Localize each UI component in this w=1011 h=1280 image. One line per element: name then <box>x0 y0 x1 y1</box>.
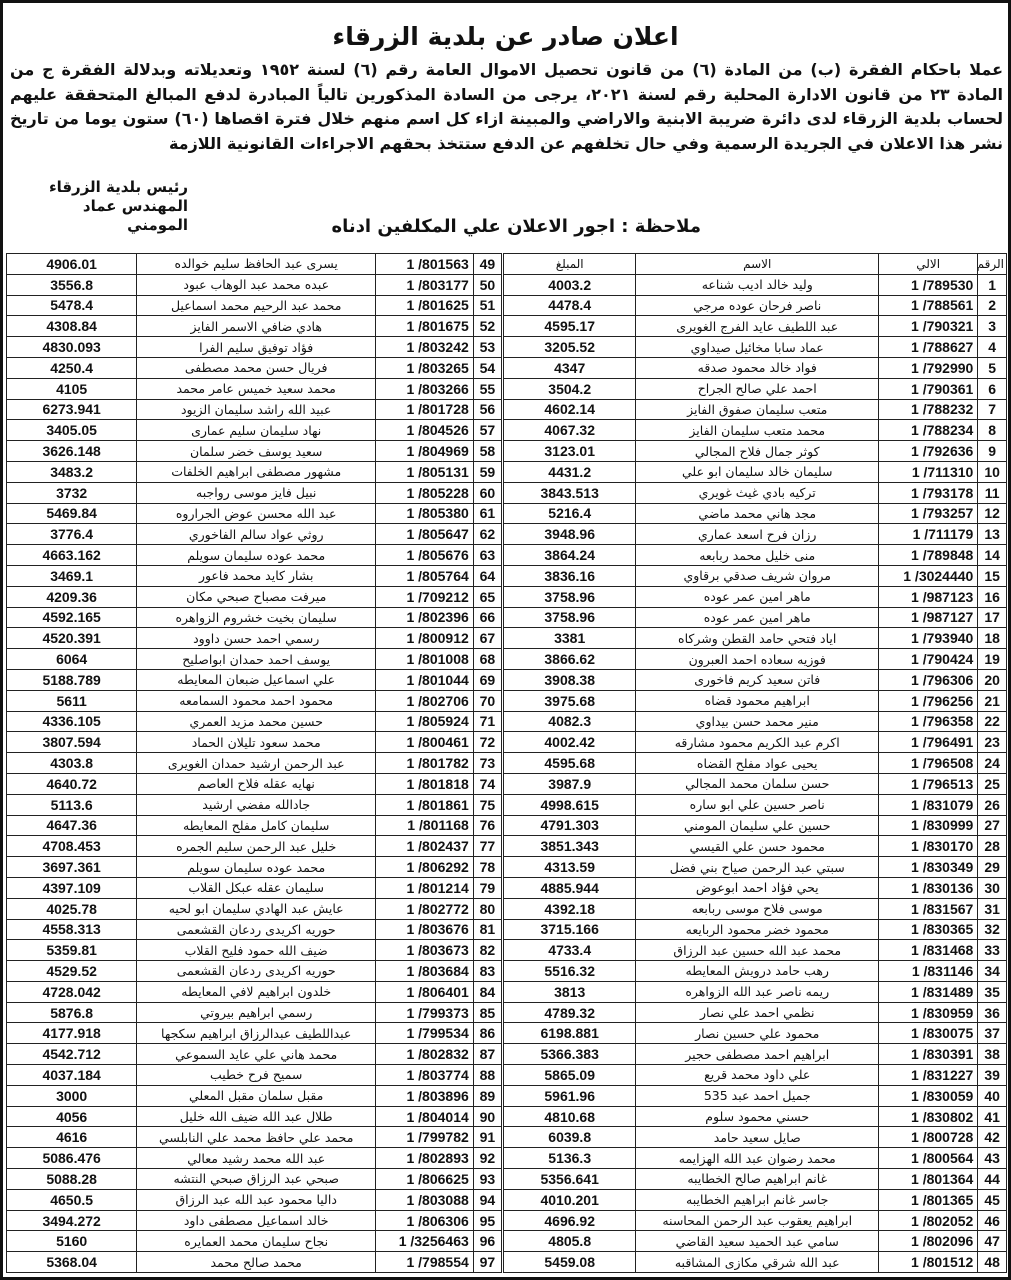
row-number: 26 <box>978 794 1007 815</box>
account-number: 1 /831567 <box>879 898 978 919</box>
table-row: 841 /806401خلدون ابراهيم لافي المعايطه47… <box>7 981 502 1002</box>
amount: 4056 <box>7 1106 137 1127</box>
account-number: 1 /830391 <box>879 1044 978 1065</box>
amount: 4250.4 <box>7 357 137 378</box>
row-number: 40 <box>978 1085 1007 1106</box>
row-number: 97 <box>473 1252 501 1273</box>
taxpayer-name: محمد سعود تليلان الحماد <box>137 732 376 753</box>
row-number: 46 <box>978 1210 1007 1231</box>
row-number: 36 <box>978 1002 1007 1023</box>
account-number: 1 /793940 <box>879 628 978 649</box>
amount: 4647.36 <box>7 815 137 836</box>
header-num: الرقم <box>978 254 1007 275</box>
account-number: 1 /789530 <box>879 274 978 295</box>
row-number: 81 <box>473 919 501 940</box>
amount: 3758.96 <box>504 586 636 607</box>
account-number: 1 /802052 <box>879 1210 978 1231</box>
header-account: الالي <box>879 254 978 275</box>
row-number: 34 <box>978 961 1007 982</box>
taxpayer-name: وليد خالد اديب شناعه <box>636 274 879 295</box>
amount: 4025.78 <box>7 898 137 919</box>
row-number: 93 <box>473 1169 501 1190</box>
account-number: 1 /790321 <box>879 316 978 337</box>
taxpayer-name: متعب سليمان صفوق الفايز <box>636 399 879 420</box>
table-row: 191 /790424فوزيه سعاده احمد العبرون3866.… <box>504 649 1007 670</box>
row-number: 68 <box>473 649 501 670</box>
row-number: 15 <box>978 565 1007 586</box>
amount: 4003.2 <box>504 274 636 295</box>
table-row: 151 /3024440مروان شريف صدقي برقاوي3836.1… <box>504 565 1007 586</box>
amount: 5469.84 <box>7 503 137 524</box>
taxpayer-name: ابراهيم يعقوب عبد الرحمن المحاسنه <box>636 1210 879 1231</box>
taxpayer-name: محمد عبد الرحيم محمد اسماعيل <box>137 295 376 316</box>
page-title: اعلان صادر عن بلدية الزرقاء <box>0 22 1011 51</box>
amount: 5961.96 <box>504 1085 636 1106</box>
table-row: 731 /801782عبد الرحمن ارشيد حمدان الغوير… <box>7 753 502 774</box>
table-row: 661 /802396سليمان بخيت خشروم الزواهره459… <box>7 607 502 628</box>
amount: 6039.8 <box>504 1127 636 1148</box>
row-number: 1 <box>978 274 1007 295</box>
row-number: 9 <box>978 441 1007 462</box>
amount: 4303.8 <box>7 753 137 774</box>
amount: 4002.42 <box>504 732 636 753</box>
table-row: 401 /830059جميل احمد عبد 5355961.96 <box>504 1085 1007 1106</box>
amount: 3807.594 <box>7 732 137 753</box>
taxpayer-name: عبد الله محسن عوض الجراروه <box>137 503 376 524</box>
table-row: 941 /803088داليا محمود عبد الله عبد الرز… <box>7 1189 502 1210</box>
account-number: 1 /830959 <box>879 1002 978 1023</box>
amount: 4650.5 <box>7 1189 137 1210</box>
account-number: 1 /789848 <box>879 545 978 566</box>
row-number: 14 <box>978 545 1007 566</box>
account-number: 1 /801818 <box>376 773 474 794</box>
taxpayer-name: اكرم عبد الكريم محمود مشارقه <box>636 732 879 753</box>
account-number: 1 /801365 <box>879 1189 978 1210</box>
account-number: 1 /805380 <box>376 503 474 524</box>
account-number: 1 /803266 <box>376 378 474 399</box>
taxpayer-name: غانم ابراهيم صالح الخطايبه <box>636 1169 879 1190</box>
row-number: 19 <box>978 649 1007 670</box>
account-number: 1 /830349 <box>879 857 978 878</box>
taxpayer-name: عبيد الله راشد سليمان الزيود <box>137 399 376 420</box>
taxpayer-name: روثي عواد سالم الفاخوري <box>137 524 376 545</box>
account-number: 1 /796358 <box>879 711 978 732</box>
account-number: 1 /806292 <box>376 857 474 878</box>
taxpayer-name: محمود خضر محمود الربايعه <box>636 919 879 940</box>
account-number: 1 /796306 <box>879 669 978 690</box>
table-row: 221 /796358منير محمد حسن بيداوي4082.3 <box>504 711 1007 732</box>
account-number: 1 /805647 <box>376 524 474 545</box>
amount: 3556.8 <box>7 274 137 295</box>
table-row: 461 /802052ابراهيم يعقوب عبد الرحمن المح… <box>504 1210 1007 1231</box>
account-number: 1 /802096 <box>879 1231 978 1252</box>
amount: 4789.32 <box>504 1002 636 1023</box>
row-number: 10 <box>978 461 1007 482</box>
row-number: 29 <box>978 857 1007 878</box>
taxpayer-name: يوسف احمد حمدان ابواصليح <box>137 649 376 670</box>
taxpayer-name: محمد عبد الله حسين عبد الرزاق <box>636 940 879 961</box>
table-row: 911 /799782محمد علي حافظ محمد علي النابل… <box>7 1127 502 1148</box>
row-number: 22 <box>978 711 1007 732</box>
taxpayer-name: حسين علي سليمان المومني <box>636 815 879 836</box>
amount: 4998.615 <box>504 794 636 815</box>
account-number: 1 /796256 <box>879 690 978 711</box>
row-number: 79 <box>473 877 501 898</box>
account-number: 1 /803896 <box>376 1085 474 1106</box>
row-number: 94 <box>473 1189 501 1210</box>
amount: 5611 <box>7 690 137 711</box>
account-number: 1 /792636 <box>879 441 978 462</box>
amount: 3469.1 <box>7 565 137 586</box>
table-row: 521 /801675هادي ضافي الاسمر الفايز4308.8… <box>7 316 502 337</box>
table-row: 551 /803266محمد سعيد خميس عامر محمد4105 <box>7 378 502 399</box>
table-row: 611 /805380عبد الله محسن عوض الجراروه546… <box>7 503 502 524</box>
amount: 3732 <box>7 482 137 503</box>
amount: 4805.8 <box>504 1231 636 1252</box>
row-number: 85 <box>473 1002 501 1023</box>
row-number: 86 <box>473 1023 501 1044</box>
table-header-row: الرقم الالي الاسم المبلغ <box>504 254 1007 275</box>
amount: 5516.32 <box>504 961 636 982</box>
taxpayer-name: ناصر حسين علي ابو ساره <box>636 794 879 815</box>
amount: 6273.941 <box>7 399 137 420</box>
account-number: 1 /803088 <box>376 1189 474 1210</box>
table-row: 491 /801563يسرى عبد الحافظ سليم خوالده49… <box>7 254 502 275</box>
amount: 4520.391 <box>7 628 137 649</box>
taxpayer-name: ماهر امين عمر عوده <box>636 607 879 628</box>
amount: 5088.28 <box>7 1169 137 1190</box>
table-row: 761 /801168سليمان كامل مفلح المعايطه4647… <box>7 815 502 836</box>
row-number: 70 <box>473 690 501 711</box>
account-number: 1 /788561 <box>879 295 978 316</box>
taxpayer-name: ماهر امين عمر عوده <box>636 586 879 607</box>
account-number: 1 /806306 <box>376 1210 474 1231</box>
amount: 5865.09 <box>504 1065 636 1086</box>
amount: 4542.712 <box>7 1044 137 1065</box>
taxpayer-name: محمد متعب سليمان الفايز <box>636 420 879 441</box>
row-number: 38 <box>978 1044 1007 1065</box>
taxpayer-name: سليمان بخيت خشروم الزواهره <box>137 607 376 628</box>
row-number: 2 <box>978 295 1007 316</box>
table-row: 651 /709212ميرفت مصباح صبحي مكان4209.36 <box>7 586 502 607</box>
note: ملاحظة : اجور الاعلان علي المكلفين ادناه <box>332 216 701 237</box>
amount: 5086.476 <box>7 1148 137 1169</box>
account-number: 1 /788234 <box>879 420 978 441</box>
row-number: 27 <box>978 815 1007 836</box>
row-number: 44 <box>978 1169 1007 1190</box>
row-number: 12 <box>978 503 1007 524</box>
row-number: 76 <box>473 815 501 836</box>
taxpayer-name: عماد سابا مخائيل صيداوي <box>636 337 879 358</box>
taxpayer-name: ميرفت مصباح صبحي مكان <box>137 586 376 607</box>
table-row: 141 /789848منى خليل محمد ربابعه3864.24 <box>504 545 1007 566</box>
row-number: 4 <box>978 337 1007 358</box>
row-number: 88 <box>473 1065 501 1086</box>
account-number: 1 /790361 <box>879 378 978 399</box>
account-number: 1 /796508 <box>879 753 978 774</box>
row-number: 17 <box>978 607 1007 628</box>
table-row: 161 /987123ماهر امين عمر عوده3758.96 <box>504 586 1007 607</box>
table-row: 331 /831468محمد عبد الله حسين عبد الرزاق… <box>504 940 1007 961</box>
amount: 5160 <box>7 1231 137 1252</box>
amount: 4392.18 <box>504 898 636 919</box>
table-row: 91 /792636كوثر جمال فلاح المجالي3123.01 <box>504 441 1007 462</box>
taxpayer-name: نبيل فايز موسى رواجبه <box>137 482 376 503</box>
amount: 5188.789 <box>7 669 137 690</box>
amount: 3866.62 <box>504 649 636 670</box>
taxpayer-name: ريمه ناصر عبد الله الزواهره <box>636 981 879 1002</box>
table-row: 81 /788234محمد متعب سليمان الفايز4067.32 <box>504 420 1007 441</box>
account-number: 1 /804969 <box>376 441 474 462</box>
amount: 3000 <box>7 1085 137 1106</box>
amount: 4696.92 <box>504 1210 636 1231</box>
table-row: 561 /801728عبيد الله راشد سليمان الزيود6… <box>7 399 502 420</box>
row-number: 78 <box>473 857 501 878</box>
table-row: 451 /801365جاسر غانم ابراهيم الخطايبه401… <box>504 1189 1007 1210</box>
amount: 4733.4 <box>504 940 636 961</box>
row-number: 21 <box>978 690 1007 711</box>
table-row: 321 /830365محمود خضر محمود الربايعه3715.… <box>504 919 1007 940</box>
table-row: 931 /806625صبحي عبد الرزاق صبحي النتشه50… <box>7 1169 502 1190</box>
taxpayer-name: محمود حسن علي القيسي <box>636 836 879 857</box>
row-number: 91 <box>473 1127 501 1148</box>
amount: 3813 <box>504 981 636 1002</box>
account-number: 1 /805228 <box>376 482 474 503</box>
amount: 3975.68 <box>504 690 636 711</box>
row-number: 48 <box>978 1252 1007 1273</box>
row-number: 66 <box>473 607 501 628</box>
amount: 3494.272 <box>7 1210 137 1231</box>
table-row: 531 /803242فؤاد توفيق سليم الفرا4830.093 <box>7 337 502 358</box>
table-row: 51 /792990فواد خالد محمود صدقه4347 <box>504 357 1007 378</box>
row-number: 87 <box>473 1044 501 1065</box>
amount: 4791.303 <box>504 815 636 836</box>
table-row: 711 /805924حسين محمد مزيد العمري4336.105 <box>7 711 502 732</box>
account-number: 1 /805924 <box>376 711 474 732</box>
taxpayer-name: طلال عبد الله ضيف الله خليل <box>137 1106 376 1127</box>
account-number: 1 /801861 <box>376 794 474 815</box>
taxpayer-name: مجد هاني محمد ماضي <box>636 503 879 524</box>
row-number: 73 <box>473 753 501 774</box>
taxpayer-name: منى خليل محمد ربابعه <box>636 545 879 566</box>
table-row: 431 /800564محمد رضوان عبد الله الهزايمه5… <box>504 1148 1007 1169</box>
table-row: 511 /801625محمد عبد الرحيم محمد اسماعيل5… <box>7 295 502 316</box>
row-number: 75 <box>473 794 501 815</box>
row-number: 11 <box>978 482 1007 503</box>
row-number: 23 <box>978 732 1007 753</box>
table-row: 101 /711310سليمان خالد سليمان ابو علي443… <box>504 461 1007 482</box>
amount: 5359.81 <box>7 940 137 961</box>
table-row: 901 /804014طلال عبد الله ضيف الله خليل40… <box>7 1106 502 1127</box>
account-number: 1 /803177 <box>376 274 474 295</box>
row-number: 13 <box>978 524 1007 545</box>
taxpayer-name: حسين محمد مزيد العمري <box>137 711 376 732</box>
taxpayer-name: جادالله مفضي ارشيد <box>137 794 376 815</box>
taxpayer-name: نظمي احمد علي نصار <box>636 1002 879 1023</box>
taxpayer-name: يحي فؤاد احمد ابوعوض <box>636 877 879 898</box>
amount: 4640.72 <box>7 773 137 794</box>
table-row: 211 /796256ابراهيم محمود قضاه3975.68 <box>504 690 1007 711</box>
table-row: 891 /803896مقبل سلمان مقبل المعلي3000 <box>7 1085 502 1106</box>
amount: 4037.184 <box>7 1065 137 1086</box>
amount: 3697.361 <box>7 857 137 878</box>
taxpayer-name: ابراهيم احمد مصطفى حجير <box>636 1044 879 1065</box>
table-row: 21 /788561ناصر فرحان عوده مرجي4478.4 <box>504 295 1007 316</box>
account-number: 1 /800912 <box>376 628 474 649</box>
account-number: 1 /801728 <box>376 399 474 420</box>
taxpayer-name: ضيف الله حمود فليح القلاب <box>137 940 376 961</box>
account-number: 1 /3024440 <box>879 565 978 586</box>
row-number: 42 <box>978 1127 1007 1148</box>
table-row: 361 /830959نظمي احمد علي نصار4789.32 <box>504 1002 1007 1023</box>
taxpayer-name: فؤاد توفيق سليم الفرا <box>137 337 376 358</box>
account-number: 1 /3256463 <box>376 1231 474 1252</box>
table-row: 241 /796508يحيى عواد مفلح القضاه4595.68 <box>504 753 1007 774</box>
row-number: 90 <box>473 1106 501 1127</box>
table-row: 291 /830349سبتي عبد الرحمن صياح بني فضل4… <box>504 857 1007 878</box>
taxpayer-name: عايش عبد الهادي سليمان ابو لحيه <box>137 898 376 919</box>
table-row: 41 /788627عماد سابا مخائيل صيداوي3205.52 <box>504 337 1007 358</box>
taxpayer-name: محمد عوده سليمان سويلم <box>137 545 376 566</box>
taxpayer-name: رهب حامد درويش المعايطه <box>636 961 879 982</box>
amount: 4209.36 <box>7 586 137 607</box>
table-row: 441 /801364غانم ابراهيم صالح الخطايبه535… <box>504 1169 1007 1190</box>
account-number: 1 /802893 <box>376 1148 474 1169</box>
table-row: 11 /789530وليد خالد اديب شناعه4003.2 <box>504 274 1007 295</box>
account-number: 1 /802396 <box>376 607 474 628</box>
taxpayer-name: نجاح سليمان محمد العمايره <box>137 1231 376 1252</box>
row-number: 63 <box>473 545 501 566</box>
amount: 5366.383 <box>504 1044 636 1065</box>
taxpayer-name: سبتي عبد الرحمن صياح بني فضل <box>636 857 879 878</box>
row-number: 51 <box>473 295 501 316</box>
amount: 4885.944 <box>504 877 636 898</box>
table-row: 271 /830999حسين علي سليمان المومني4791.3… <box>504 815 1007 836</box>
amount: 6198.881 <box>504 1023 636 1044</box>
amount: 3851.343 <box>504 836 636 857</box>
signature-title: رئيس بلدية الزرقاء <box>18 178 188 197</box>
taxpayer-name: صايل سعيد حامد <box>636 1127 879 1148</box>
account-number: 1 /711179 <box>879 524 978 545</box>
account-number: 1 /800564 <box>879 1148 978 1169</box>
row-number: 57 <box>473 420 501 441</box>
table-row: 121 /793257مجد هاني محمد ماضي5216.4 <box>504 503 1007 524</box>
row-number: 49 <box>473 254 501 275</box>
taxpayer-name: عبد الله شرقي مكازى المشاقبه <box>636 1252 879 1273</box>
account-number: 1 /830136 <box>879 877 978 898</box>
table-row: 131 /711179رزان فرح اسعد عماري3948.96 <box>504 524 1007 545</box>
taxpayer-name: فريال حسن محمد مصطفى <box>137 357 376 378</box>
amount: 5478.4 <box>7 295 137 316</box>
taxpayer-name: خلدون ابراهيم لافي المعايطه <box>137 981 376 1002</box>
account-number: 1 /806401 <box>376 981 474 1002</box>
amount: 3843.513 <box>504 482 636 503</box>
row-number: 61 <box>473 503 501 524</box>
account-number: 1 /802706 <box>376 690 474 711</box>
account-number: 1 /803676 <box>376 919 474 940</box>
row-number: 77 <box>473 836 501 857</box>
amount: 4336.105 <box>7 711 137 732</box>
table-row: 581 /804969سعيد يوسف خضر سلمان3626.148 <box>7 441 502 462</box>
row-number: 89 <box>473 1085 501 1106</box>
row-number: 50 <box>473 274 501 295</box>
table-row: 681 /801008يوسف احمد حمدان ابواصليح6064 <box>7 649 502 670</box>
account-number: 1 /831489 <box>879 981 978 1002</box>
account-number: 1 /790424 <box>879 649 978 670</box>
row-number: 52 <box>473 316 501 337</box>
signature-block: رئيس بلدية الزرقاء المهندس عماد المومني <box>18 178 188 235</box>
account-number: 1 /806625 <box>376 1169 474 1190</box>
amount: 4595.68 <box>504 753 636 774</box>
taxpayer-name: محمد صالح محمد <box>137 1252 376 1273</box>
row-number: 72 <box>473 732 501 753</box>
account-number: 1 /798554 <box>376 1252 474 1273</box>
row-number: 5 <box>978 357 1007 378</box>
taxpayer-name: محمود علي حسين نصار <box>636 1023 879 1044</box>
taxpayer-name: كوثر جمال فلاح المجالي <box>636 441 879 462</box>
taxpayer-name: ابراهيم محمود قضاه <box>636 690 879 711</box>
account-number: 1 /796491 <box>879 732 978 753</box>
row-number: 30 <box>978 877 1007 898</box>
amount: 4529.52 <box>7 961 137 982</box>
amount: 5356.641 <box>504 1169 636 1190</box>
table-row: 71 /788232متعب سليمان صفوق الفايز4602.14 <box>504 399 1007 420</box>
taxpayer-name: علي داود محمد قريع <box>636 1065 879 1086</box>
account-number: 1 /788627 <box>879 337 978 358</box>
table-row: 801 /802772عايش عبد الهادي سليمان ابو لح… <box>7 898 502 919</box>
account-number: 1 /801675 <box>376 316 474 337</box>
row-number: 37 <box>978 1023 1007 1044</box>
row-number: 58 <box>473 441 501 462</box>
table-row: 861 /799534عبداللطيف عبدالرزاق ابراهيم س… <box>7 1023 502 1044</box>
table-row: 851 /799373رسمي ابراهيم بيروتي5876.8 <box>7 1002 502 1023</box>
taxpayer-name: تركيه بادي غيث غويري <box>636 482 879 503</box>
amount: 5216.4 <box>504 503 636 524</box>
account-number: 1 /804014 <box>376 1106 474 1127</box>
account-number: 1 /803673 <box>376 940 474 961</box>
row-number: 39 <box>978 1065 1007 1086</box>
account-number: 1 /830802 <box>879 1106 978 1127</box>
taxpayer-name: سعيد يوسف خضر سلمان <box>137 441 376 462</box>
amount: 4663.162 <box>7 545 137 566</box>
header-amount: المبلغ <box>504 254 636 275</box>
row-number: 62 <box>473 524 501 545</box>
taxpayer-name: نهايه عقله فلاح العاصم <box>137 773 376 794</box>
row-number: 41 <box>978 1106 1007 1127</box>
taxpayer-name: سليمان خالد سليمان ابو علي <box>636 461 879 482</box>
row-number: 54 <box>473 357 501 378</box>
taxpayer-name: جميل احمد عبد 535 <box>636 1085 879 1106</box>
table-row: 261 /831079ناصر حسين علي ابو ساره4998.61… <box>504 794 1007 815</box>
row-number: 83 <box>473 961 501 982</box>
account-number: 1 /788232 <box>879 399 978 420</box>
account-number: 1 /830999 <box>879 815 978 836</box>
table-row: 811 /803676حوريه اكريدى ردعان القشعمى455… <box>7 919 502 940</box>
account-number: 1 /831146 <box>879 961 978 982</box>
taxpayer-name: عبد الرحمن ارشيد حمدان الغويرى <box>137 753 376 774</box>
amount: 4810.68 <box>504 1106 636 1127</box>
account-number: 1 /803774 <box>376 1065 474 1086</box>
taxpayer-name: صبحي عبد الرزاق صبحي النتشه <box>137 1169 376 1190</box>
row-number: 55 <box>473 378 501 399</box>
row-number: 80 <box>473 898 501 919</box>
account-number: 1 /709212 <box>376 586 474 607</box>
table-row: 671 /800912رسمي احمد حسن داوود4520.391 <box>7 628 502 649</box>
account-number: 1 /804526 <box>376 420 474 441</box>
account-number: 1 /801044 <box>376 669 474 690</box>
taxpayer-name: خالد اسماعيل مصطفى داود <box>137 1210 376 1231</box>
account-number: 1 /805131 <box>376 461 474 482</box>
